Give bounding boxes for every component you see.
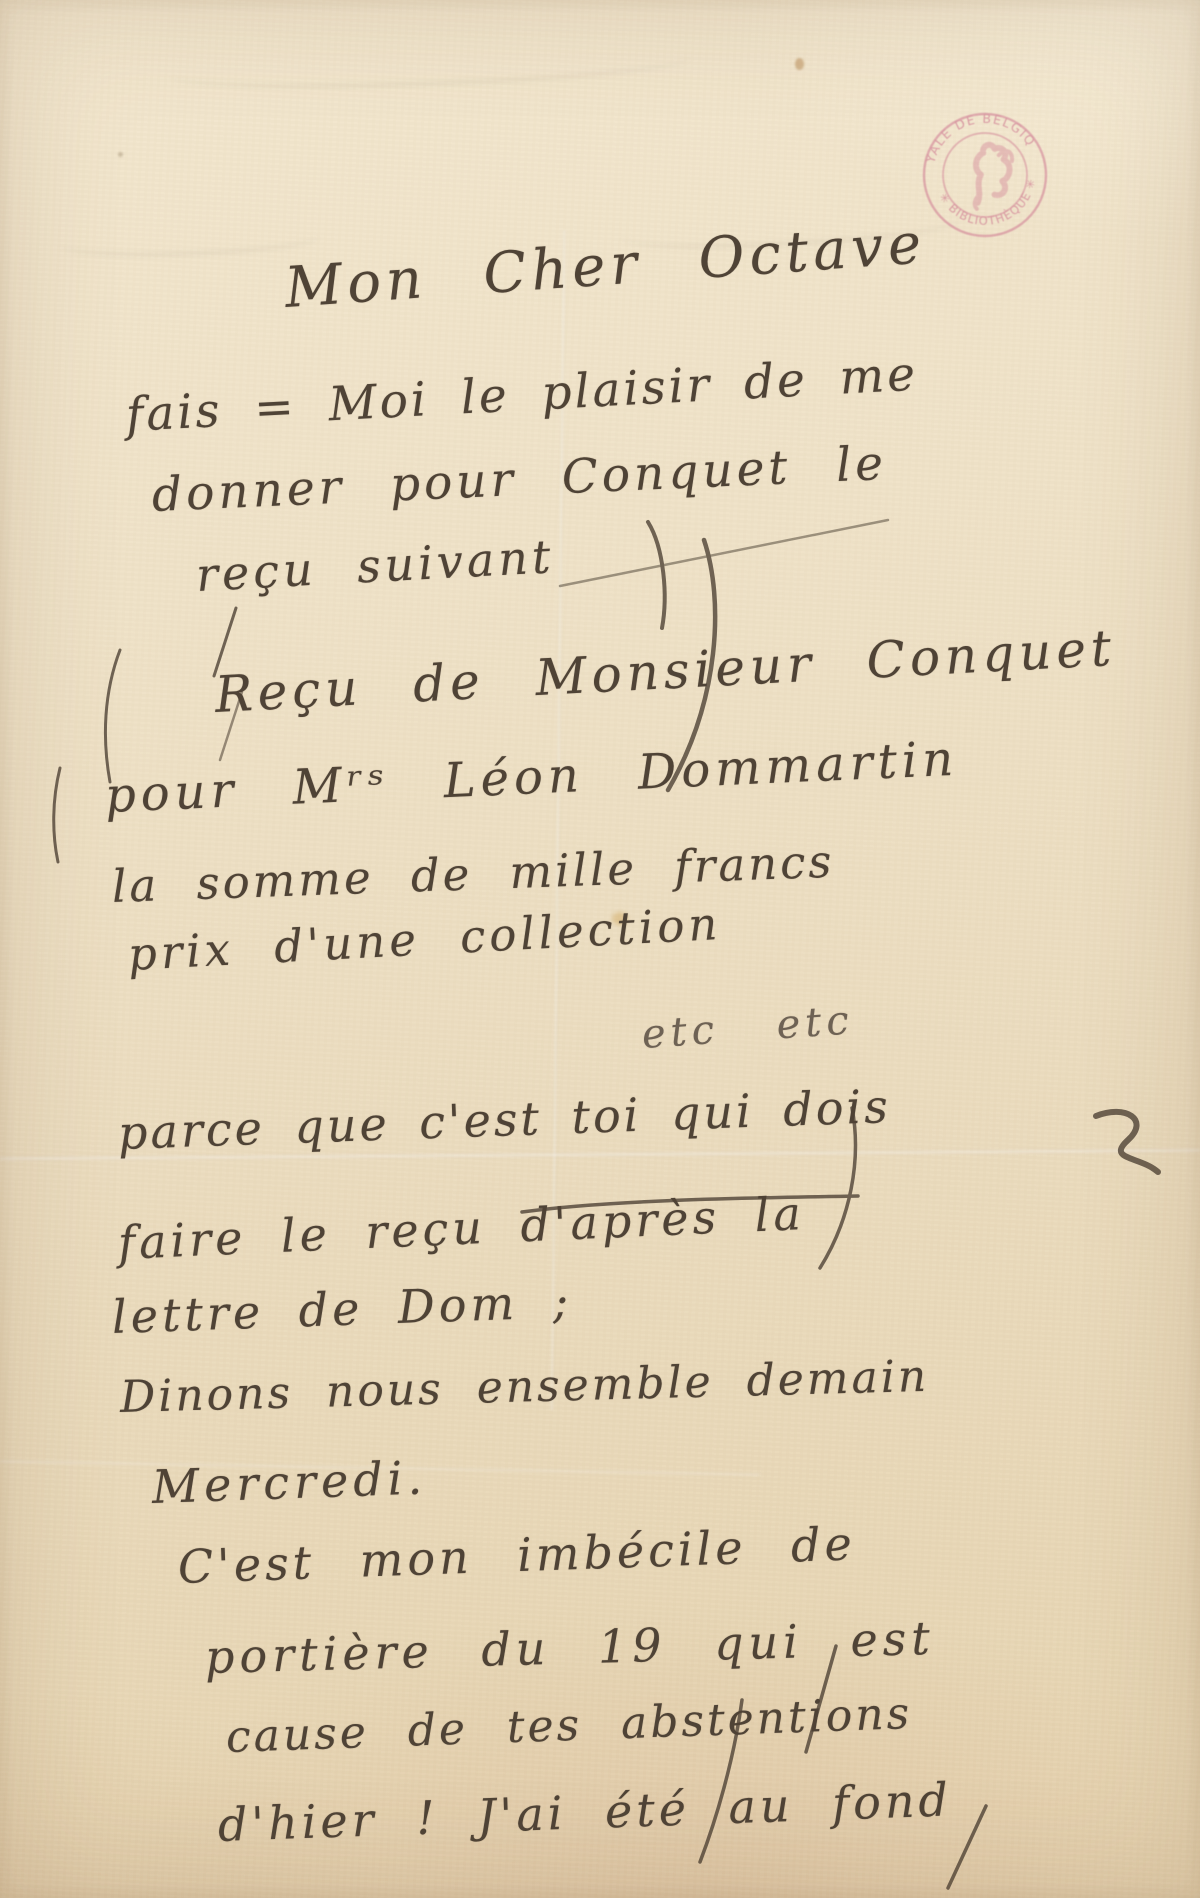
handwriting-line: Dinons nous ensemble demain [119,1351,929,1423]
handwriting-line: faire le reçu d'après la [117,1186,806,1270]
bottom-tick [948,1806,986,1888]
library-stamp: ROYALE DE BELGIQUE ✳ BIBLIOTHÈQUE ✳ [905,95,1065,255]
handwriting-line: prix d'une collection [127,897,723,981]
stamp-inner-ring [936,126,1033,223]
scribble-stroke [1096,1112,1158,1172]
stamp-lion-icon [965,141,1020,209]
stamp-text-top: ROYALE DE BELGIQUE [905,95,1040,172]
paper-fleck [795,58,804,70]
ink-showthrough [170,39,691,94]
handwriting-line: donner pour Conquet le [151,436,888,523]
handwriting-line: portière du 19 qui est [204,1611,935,1684]
ink-showthrough [60,221,321,259]
svg-text:✳ BIBLIOTHÈQUE ✳: ✳ BIBLIOTHÈQUE ✳ [935,175,1045,237]
margin-mark [54,768,60,862]
handwriting-line: Reçu de Monsieur Conquet [213,619,1117,724]
stamp-outer-ring [914,104,1055,245]
handwriting-line: la somme de mille francs [111,835,835,913]
handwriting-line: lettre de Dom ; [111,1274,573,1344]
paraph-stroke [648,522,665,628]
handwriting-line: Mon Cher Octave [283,211,928,321]
letter-page: ROYALE DE BELGIQUE ✳ BIBLIOTHÈQUE ✳ Mon … [0,0,1200,1898]
svg-text:ROYALE DE BELGIQUE: ROYALE DE BELGIQUE [905,95,1040,172]
paraph-diagonal [560,520,888,586]
handwriting-line: parce que c'est toi qui dois [117,1079,892,1160]
handwriting-line: Mercredi. [151,1450,428,1514]
stamp-text-bottom: ✳ BIBLIOTHÈQUE ✳ [935,175,1045,237]
handwriting-line: reçu suivant [195,529,556,602]
handwriting-line: cause de tes abstentions [225,1688,913,1763]
handwriting-line: fais = Moi le plaisir de me [125,347,920,443]
handwriting-line: etc etc [640,997,855,1058]
handwriting-line: d'hier ! J'ai été au fond [217,1772,953,1852]
paper-fleck [118,152,123,157]
margin-mark [105,650,120,782]
handwriting-line: C'est mon imbécile de [177,1516,857,1594]
handwriting-line: pour Mʳˢ Léon Dommartin [104,731,960,824]
